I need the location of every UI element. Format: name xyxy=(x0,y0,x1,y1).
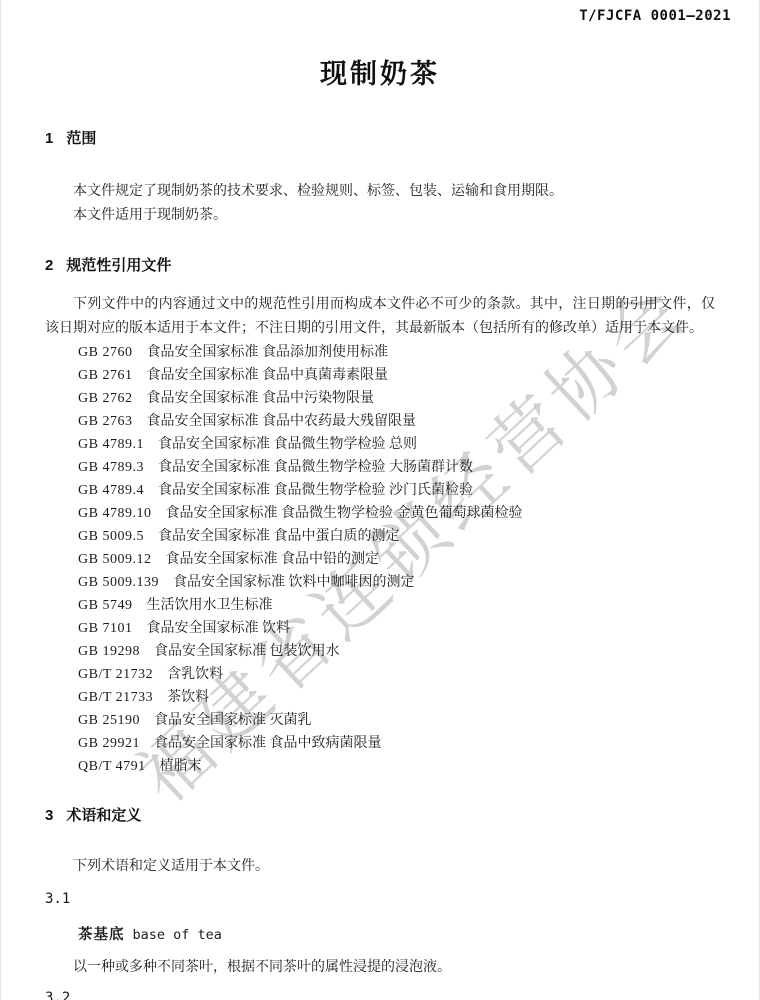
reference-code: GB 5009.139 xyxy=(78,575,159,590)
reference-name: 食品安全国家标准 食品中污染物限量 xyxy=(146,391,374,406)
reference-item: GB 5749生活饮用水卫生标准 xyxy=(78,594,715,617)
reference-code: GB 5009.12 xyxy=(78,552,151,567)
reference-code: QB/T 4791 xyxy=(78,759,146,774)
reference-name: 食品安全国家标准 食品微生物学检验 沙门氏菌检验 xyxy=(158,483,473,498)
reference-item: GB 5009.12食品安全国家标准 食品中铅的测定 xyxy=(78,548,715,571)
reference-name: 食品安全国家标准 食品中致病菌限量 xyxy=(154,736,382,751)
reference-item: GB 2762食品安全国家标准 食品中污染物限量 xyxy=(78,387,715,410)
reference-item: GB 25190食品安全国家标准 灭菌乳 xyxy=(78,709,715,732)
terms-intro: 下列术语和定义适用于本文件。 xyxy=(45,855,715,879)
reference-name: 食品安全国家标准 饮料 xyxy=(146,621,290,636)
section-3-label: 术语和定义 xyxy=(66,807,141,824)
reference-name: 食品安全国家标准 食品中蛋白质的测定 xyxy=(158,529,400,544)
section-1-heading: 1范围 xyxy=(45,127,715,148)
reference-code: GB 7101 xyxy=(78,621,132,636)
reference-code: GB 5749 xyxy=(78,598,132,613)
term-name-en: base of tea xyxy=(133,927,222,943)
section-3-number: 3 xyxy=(45,807,53,824)
section-1-label: 范围 xyxy=(66,130,96,147)
section-2-number: 2 xyxy=(45,257,53,274)
reference-name: 食品安全国家标准 食品中农药最大残留限量 xyxy=(146,414,416,429)
term-number-3-2: 3.2 xyxy=(45,990,715,1000)
reference-code: GB 4789.3 xyxy=(78,460,144,475)
document-content: 现制奶茶 1范围 本文件规定了现制奶茶的技术要求、检验规则、标签、包装、运输和食… xyxy=(1,52,759,1000)
reference-code: GB 2762 xyxy=(78,391,132,406)
scope-paragraph-2: 本文件适用于现制奶茶。 xyxy=(45,204,715,228)
doc-code: T/FJCFA 0001—2021 xyxy=(579,8,731,24)
reference-name: 食品安全国家标准 包装饮用水 xyxy=(154,644,340,659)
reference-code: GB 2763 xyxy=(78,414,132,429)
section-2-heading: 2规范性引用文件 xyxy=(45,254,715,275)
reference-name: 食品安全国家标准 灭菌乳 xyxy=(154,713,312,728)
reference-name: 食品安全国家标准 饮料中咖啡因的测定 xyxy=(173,575,415,590)
reference-name: 茶饮料 xyxy=(167,690,209,705)
reference-code: GB 25190 xyxy=(78,713,140,728)
reference-code: GB 29921 xyxy=(78,736,140,751)
reference-name: 食品安全国家标准 食品添加剂使用标准 xyxy=(146,345,388,360)
reference-item: GB 5009.5食品安全国家标准 食品中蛋白质的测定 xyxy=(78,525,715,548)
reference-item: GB 4789.10食品安全国家标准 食品微生物学检验 金黄色葡萄球菌检验 xyxy=(78,502,715,525)
section-1-number: 1 xyxy=(45,130,53,147)
reference-item: GB 4789.4食品安全国家标准 食品微生物学检验 沙门氏菌检验 xyxy=(78,479,715,502)
reference-item: GB 2760食品安全国家标准 食品添加剂使用标准 xyxy=(78,341,715,364)
term-heading: 茶基底base of tea xyxy=(45,923,715,944)
reference-code: GB 4789.10 xyxy=(78,506,151,521)
references-intro: 下列文件中的内容通过文中的规范性引用而构成本文件必不可少的条款。其中，注日期的引… xyxy=(45,293,715,341)
reference-code: GB 4789.1 xyxy=(78,437,144,452)
term-definition: 以一种或多种不同茶叶，根据不同茶叶的属性浸提的浸泡液。 xyxy=(45,956,715,980)
reference-name: 食品安全国家标准 食品中真菌毒素限量 xyxy=(146,368,388,383)
references-list: GB 2760食品安全国家标准 食品添加剂使用标准 GB 2761食品安全国家标… xyxy=(45,341,715,778)
reference-name: 生活饮用水卫生标准 xyxy=(146,598,272,613)
reference-name: 食品安全国家标准 食品微生物学检验 总则 xyxy=(158,437,417,452)
reference-item: GB 29921食品安全国家标准 食品中致病菌限量 xyxy=(78,732,715,755)
reference-name: 植脂末 xyxy=(160,759,202,774)
reference-name: 食品安全国家标准 食品中铅的测定 xyxy=(165,552,379,567)
reference-item: GB 2761食品安全国家标准 食品中真菌毒素限量 xyxy=(78,364,715,387)
reference-item: GB 5009.139食品安全国家标准 饮料中咖啡因的测定 xyxy=(78,571,715,594)
reference-item: GB 2763食品安全国家标准 食品中农药最大残留限量 xyxy=(78,410,715,433)
section-2-label: 规范性引用文件 xyxy=(66,257,171,274)
reference-name: 食品安全国家标准 食品微生物学检验 大肠菌群计数 xyxy=(158,460,473,475)
term-number-3-1: 3.1 xyxy=(45,891,715,907)
reference-code: GB/T 21733 xyxy=(78,690,153,705)
reference-code: GB 5009.5 xyxy=(78,529,144,544)
scope-paragraph-1: 本文件规定了现制奶茶的技术要求、检验规则、标签、包装、运输和食用期限。 xyxy=(45,180,715,204)
reference-code: GB/T 21732 xyxy=(78,667,153,682)
document-page: 福建省连锁经营协会 T/FJCFA 0001—2021 现制奶茶 1范围 本文件… xyxy=(0,0,760,1000)
reference-item: GB/T 21732含乳饮料 xyxy=(78,663,715,686)
reference-code: GB 4789.4 xyxy=(78,483,144,498)
reference-item: QB/T 4791植脂末 xyxy=(78,755,715,778)
page-title: 现制奶茶 xyxy=(45,52,715,91)
reference-name: 含乳饮料 xyxy=(167,667,223,682)
section-3-heading: 3术语和定义 xyxy=(45,804,715,825)
reference-item: GB 19298食品安全国家标准 包装饮用水 xyxy=(78,640,715,663)
reference-code: GB 19298 xyxy=(78,644,140,659)
reference-code: GB 2761 xyxy=(78,368,132,383)
term-name-zh: 茶基底 xyxy=(78,927,125,943)
reference-item: GB/T 21733茶饮料 xyxy=(78,686,715,709)
reference-item: GB 4789.3食品安全国家标准 食品微生物学检验 大肠菌群计数 xyxy=(78,456,715,479)
reference-name: 食品安全国家标准 食品微生物学检验 金黄色葡萄球菌检验 xyxy=(165,506,522,521)
reference-item: GB 7101食品安全国家标准 饮料 xyxy=(78,617,715,640)
reference-item: GB 4789.1食品安全国家标准 食品微生物学检验 总则 xyxy=(78,433,715,456)
reference-code: GB 2760 xyxy=(78,345,132,360)
